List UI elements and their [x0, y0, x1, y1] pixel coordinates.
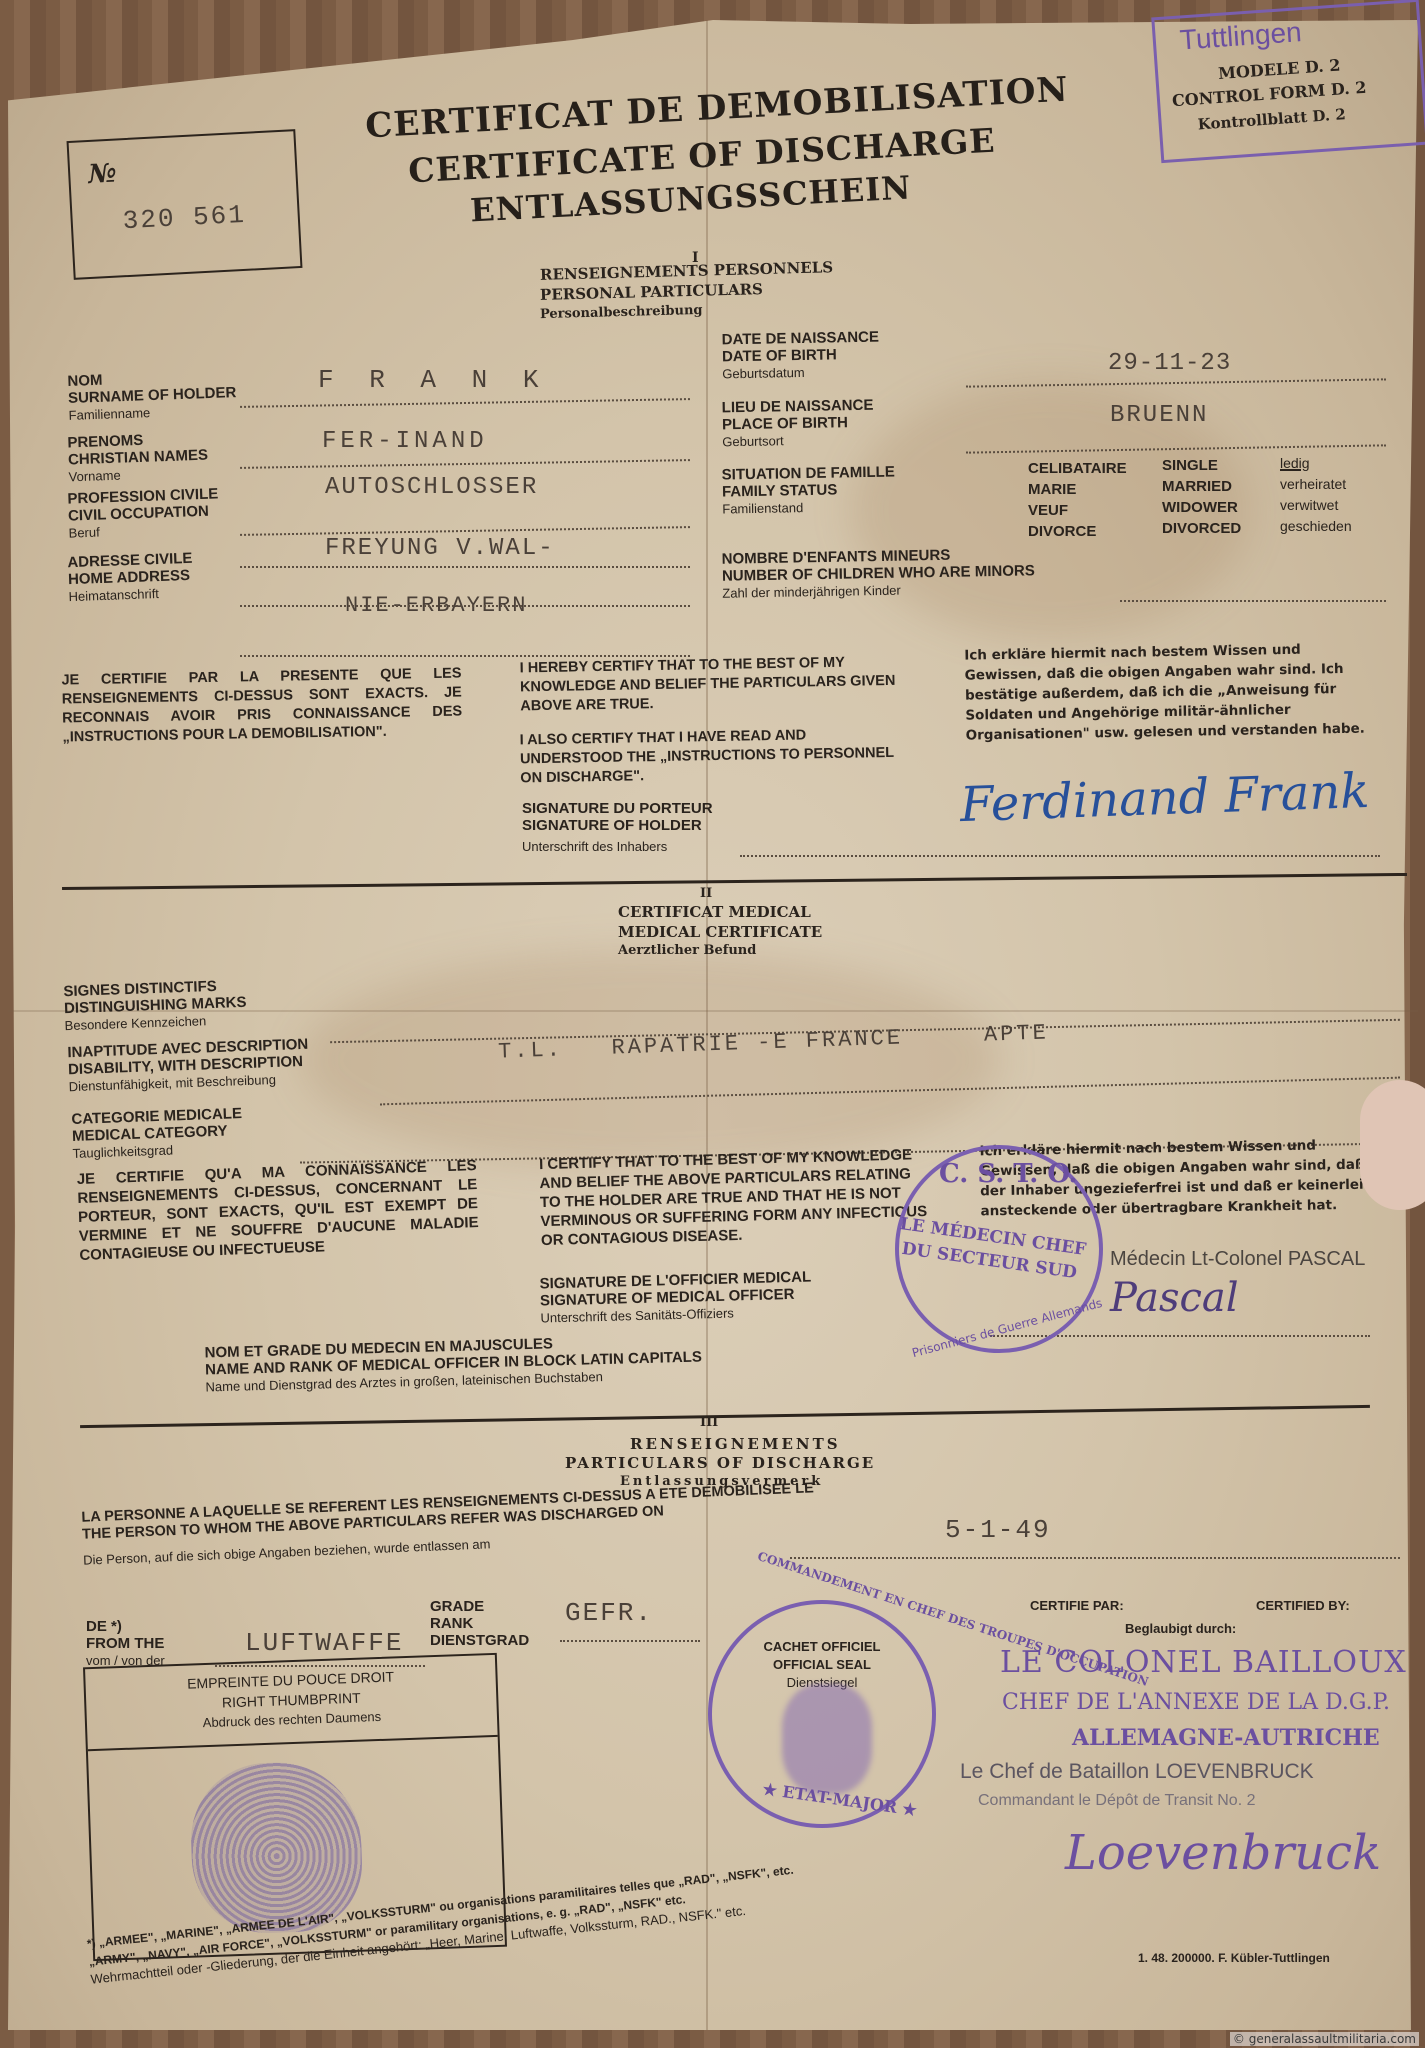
home-address-line-1: [240, 566, 690, 568]
family-status-selected-ledig: ledig: [1280, 453, 1352, 474]
seal-emblem-icon: [782, 1684, 872, 1794]
medical-chief-seal: C. S. T. O. LE MÉDECIN CHEF DU SECTEUR S…: [895, 1145, 1103, 1353]
medical-declaration-en: I CERTIFY THAT TO THE BEST OF MY KNOWLED…: [539, 1145, 931, 1250]
holder-signature-label: SIGNATURE DU PORTEURSIGNATURE OF HOLDERU…: [522, 800, 713, 855]
certifier-line2: CHEF DE L'ANNEXE DE LA D.G.P.: [1002, 1690, 1390, 1715]
certifier-signature: Loevenbruck: [1065, 1825, 1381, 1881]
medical-declaration-fr: JE CERTIFIE QU'A MA CONNAISSANCE LES REN…: [76, 1156, 479, 1265]
from-service-label: DE *)FROM THEvom / von der: [86, 1618, 165, 1669]
home-address-label: ADRESSE CIVILEHOME ADDRESSHeimatanschrif…: [67, 550, 194, 605]
distinguishing-marks-label: SIGNES DISTINCTIFSDISTINGUISHING MARKSBe…: [63, 977, 247, 1034]
christian-names-label: PRENOMSCHRISTIAN NAMESVorname: [67, 430, 209, 486]
declaration-fr: JE CERTIFIE PAR LA PRESENTE QUE LES RENS…: [61, 665, 462, 748]
children-label: NOMBRE D'ENFANTS MINEURSNUMBER OF CHILDR…: [722, 545, 1036, 601]
rank-value: GEFR.: [565, 1598, 653, 1628]
christian-names-value: FER-INAND: [322, 428, 488, 455]
home-address-value-line1: FREYUNG V.WAL-: [325, 535, 555, 562]
children-line: [1120, 600, 1386, 602]
declaration-de: Ich erkläre hiermit nach bestem Wissen u…: [964, 638, 1376, 745]
certifier-line5: Commandant le Dépôt de Transit No. 2: [978, 1792, 1255, 1810]
section-2-heading-en: MEDICAL CERTIFICATE: [618, 923, 822, 941]
family-status-options-de: ledig verheiratet verwitwet geschieden: [1280, 453, 1352, 537]
from-service-value: LUFTWAFFE: [245, 1628, 403, 1658]
certified-by-fr: CERTIFIE PAR:: [1030, 1597, 1124, 1614]
family-status-label: SITUATION DE FAMILLEFAMILY STATUSFamilie…: [722, 463, 896, 517]
thumbprint-divider: [88, 1735, 498, 1751]
surname-value: F R A N K: [318, 365, 548, 395]
printer-imprint: 1. 48. 200000. F. Kübler-Tuttlingen: [1138, 1950, 1330, 1967]
place-of-birth-label: LIEU DE NAISSANCEPLACE OF BIRTHGeburtsor…: [722, 397, 875, 451]
number-sign: №: [88, 159, 118, 190]
civil-occupation-label: PROFESSION CIVILECIVIL OCCUPATIONBeruf: [67, 485, 220, 541]
rank-line: [560, 1640, 700, 1642]
holder-signature-line: [740, 855, 1380, 857]
control-stamp-city: Tuttlingen: [1179, 16, 1303, 56]
certifier-line3: ALLEMAGNE-AUTRICHE: [1072, 1725, 1380, 1751]
discharge-date-value: 5-1-49: [945, 1515, 1051, 1545]
certified-by-en: CERTIFIED BY:: [1256, 1597, 1350, 1614]
water-stain: [300, 950, 1000, 1170]
official-seal: COMMANDEMENT EN CHEF DES TROUPES D'OCCUP…: [708, 1600, 936, 1828]
thumbprint-label: EMPREINTE DU POUCE DROITRIGHT THUMBPRINT…: [85, 1663, 497, 1737]
medical-officer-signature-label: SIGNATURE DE L'OFFICIER MEDICALSIGNATURE…: [539, 1268, 812, 1326]
section-3-numeral: III: [700, 1415, 718, 1430]
declaration-en-1: I HEREBY CERTIFY THAT TO THE BEST OF MY …: [520, 653, 911, 717]
section-3-heading-en: PARTICULARS OF DISCHARGE: [565, 1454, 875, 1472]
family-status-options-fr: CELIBATAIRE MARIE VEUF DIVORCE: [1028, 458, 1127, 542]
declaration-en-2: I ALSO CERTIFY THAT I HAVE READ AND UNDE…: [520, 725, 911, 789]
section-2-heading-de: Aerztlicher Befund: [618, 943, 756, 958]
serial-number: 320 561: [122, 200, 247, 236]
certifier-line1: LE COLONEL BAILLOUX: [1000, 1645, 1407, 1680]
medical-officer-stamp: Médecin Lt-Colonel PASCAL: [1110, 1248, 1365, 1271]
rank-label: GRADERANKDIENSTGRAD: [430, 1598, 529, 1649]
control-form-de: Kontrollblatt D. 2: [1197, 105, 1346, 133]
date-of-birth-value: 29-11-23: [1108, 350, 1231, 377]
surname-label: NOMSURNAME OF HOLDERFamilienname: [67, 367, 237, 424]
civil-occupation-value: AUTOSCHLOSSER: [325, 474, 538, 501]
family-status-options-en: SINGLE MARRIED WIDOWER DIVORCED: [1162, 455, 1241, 539]
serial-number-box: № 320 561: [67, 129, 303, 280]
disability-label: INAPTITUDE AVEC DESCRIPTIONDISABILITY, W…: [67, 1036, 309, 1095]
section-2-heading-fr: CERTIFICAT MEDICAL: [618, 903, 811, 921]
vertical-fold-crease: [706, 20, 708, 2030]
discharge-date-line: [790, 1557, 1400, 1559]
section-3-heading-fr: RENSEIGNEMENTS: [630, 1435, 841, 1453]
place-of-birth-value: BRUENN: [1110, 402, 1208, 429]
medical-category-label: CATEGORIE MEDICALEMEDICAL CATEGORYTaugli…: [71, 1105, 243, 1162]
watermark: © generalassaultmilitaria.com: [1230, 2032, 1419, 2046]
seal-top-text: C. S. T. O.: [939, 1159, 1078, 1189]
home-address-line-2: [240, 605, 690, 607]
certifier-line4: Le Chef de Bataillon LOEVENBRUCK: [960, 1760, 1314, 1784]
holding-finger: [1360, 1080, 1425, 1210]
control-form-fr: MODELE D. 2: [1218, 55, 1341, 82]
date-of-birth-label: DATE DE NAISSANCEDATE OF BIRTHGeburtsdat…: [722, 329, 880, 383]
certified-by-de: Beglaubigt durch:: [1125, 1620, 1236, 1637]
section-2-numeral: II: [700, 886, 712, 901]
control-form-stamp-box: Tuttlingen MODELE D. 2 CONTROL FORM D. 2…: [1151, 0, 1425, 163]
medical-officer-signature: Pascal: [1110, 1275, 1239, 1321]
